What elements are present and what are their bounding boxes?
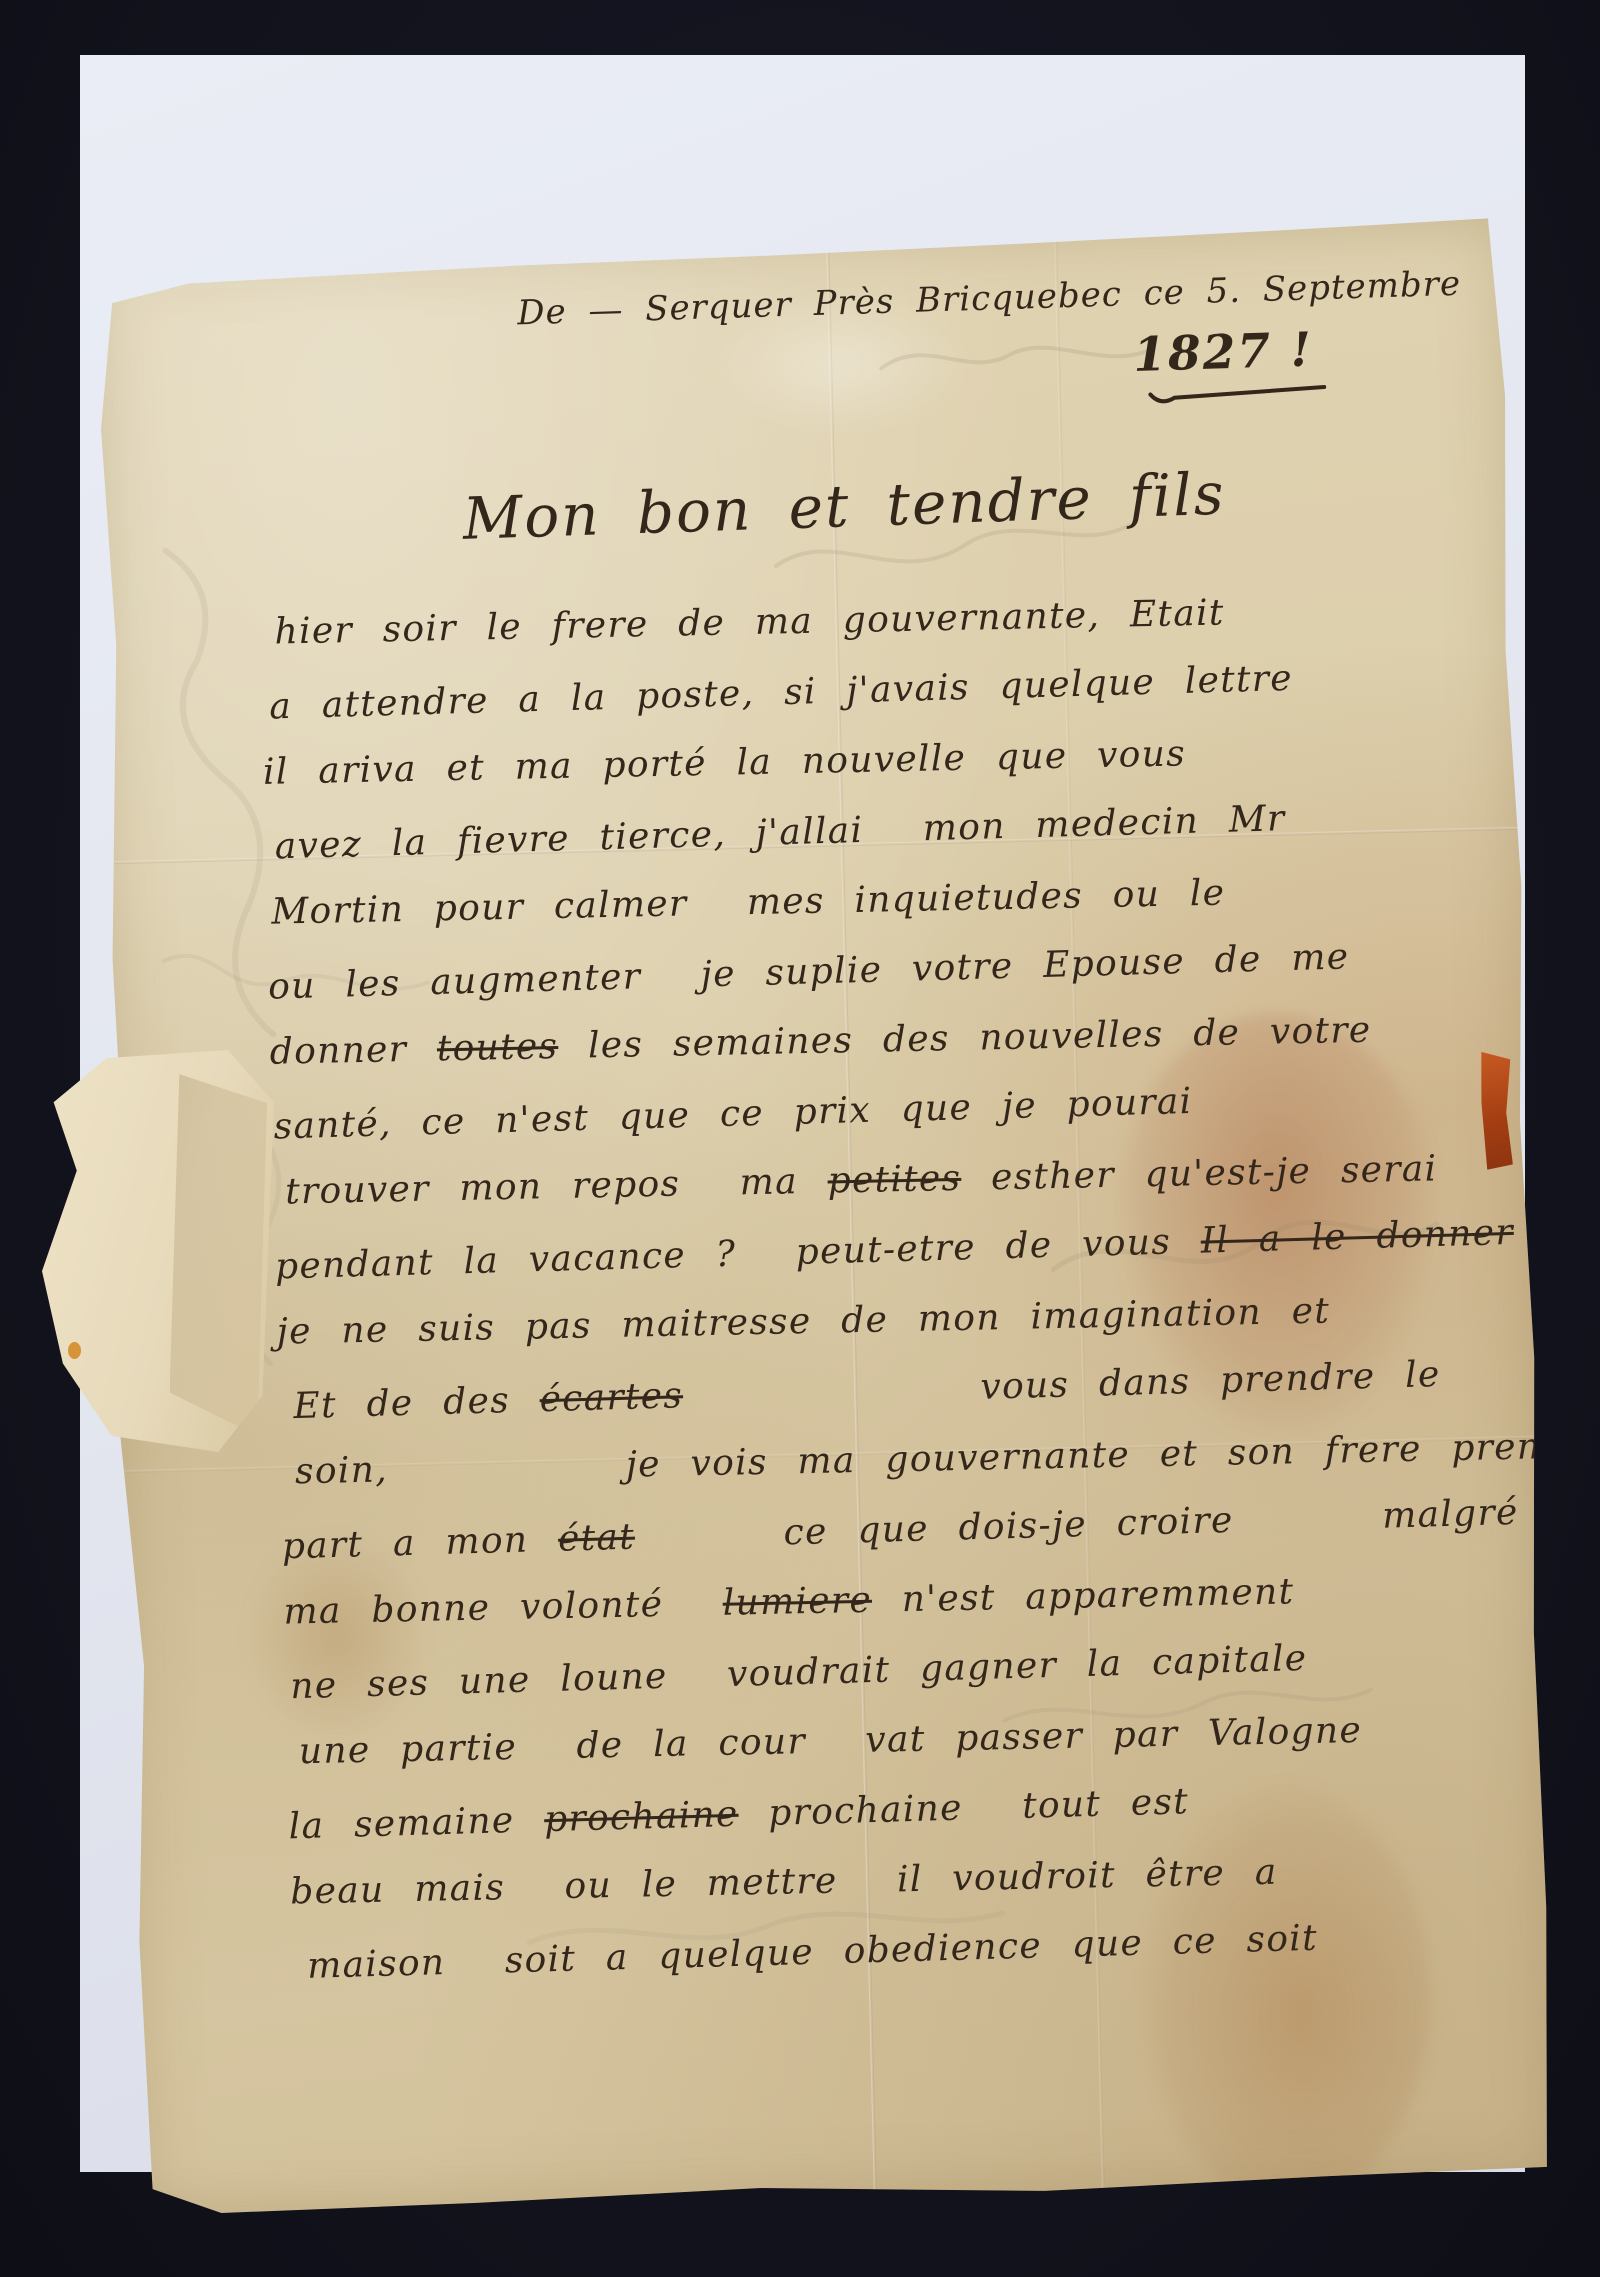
line-text: ce que dois-je croire malgré — [634, 1492, 1519, 1558]
line-text: ou les augmenter je suplie votre Epouse … — [268, 936, 1350, 1007]
line-text: esther qu'est-je serai — [961, 1148, 1438, 1199]
line-text: santé, ce n'est que ce prix que je poura… — [273, 1081, 1193, 1148]
line-text: ne ses une loune voudrait gagner la capi… — [290, 1638, 1308, 1707]
line-text: beau mais ou le mettre il voudroit être … — [290, 1852, 1278, 1913]
torn-paper-flap — [42, 1050, 274, 1452]
letter-sheet: De — Serquer Près Bricquebec ce 5. Septe… — [88, 218, 1556, 2217]
line-text: avez la fievre tierce, j'allai mon medec… — [274, 798, 1286, 867]
line-text: la semaine — [288, 1799, 545, 1847]
line-text: Mortin pour calmer mes inquietudes ou le — [271, 873, 1226, 933]
line-text: n'est apparemment — [872, 1571, 1295, 1620]
line-text: trouver mon repos ma — [285, 1161, 828, 1213]
struck-word: petites — [827, 1158, 961, 1202]
underline-flourish — [1146, 379, 1337, 407]
wax-residue-dot — [68, 1342, 81, 1359]
line-text: prochaine tout est — [738, 1781, 1190, 1835]
struck-word: Il a le donner — [1200, 1212, 1514, 1262]
letter-salutation: Mon bon et tendre fils — [462, 460, 1227, 553]
letter-body: hier soir le frere de ma gouvernante, Et… — [259, 571, 1523, 2001]
struck-word: toutes — [437, 1026, 559, 1069]
line-text: je ne suis pas maitresse de mon imaginat… — [276, 1291, 1330, 1353]
line-text: part a mon — [281, 1519, 558, 1568]
line-text: pendant la vacance ? peut-etre de vous — [274, 1221, 1201, 1288]
photo-of-letter: De — Serquer Près Bricquebec ce 5. Septe… — [0, 0, 1600, 2277]
line-text: hier soir le frere de ma gouvernante, Et… — [274, 592, 1225, 652]
line-text: a attendre a la poste, si j'avais quelqu… — [269, 658, 1294, 728]
line-text: Et de des — [293, 1379, 540, 1427]
struck-word: prochaine — [544, 1794, 740, 1840]
struck-word: écartes — [539, 1375, 684, 1420]
dateline-place-date: De — Serquer Près Bricquebec ce 5. Septe… — [481, 264, 1462, 335]
line-text: une partie de la cour vat passer par Val… — [298, 1710, 1362, 1772]
line-text: donner — [269, 1028, 437, 1072]
line-text: il ariva et ma porté la nouvelle que vou… — [263, 733, 1187, 793]
struck-word: lumiere — [722, 1580, 872, 1624]
line-text: les semaines des nouvelles de votre — [558, 1010, 1372, 1067]
line-text: maison soit a quelque obedience que ce s… — [307, 1918, 1319, 1987]
line-text: vous dans prendre le — [682, 1354, 1441, 1416]
flap-shadow — [170, 1074, 267, 1436]
line-text: ma bonne volonté — [283, 1583, 723, 1633]
struck-word: état — [557, 1517, 635, 1560]
letter-dateline: De — Serquer Près Bricquebec ce 5. Septe… — [481, 264, 1465, 428]
